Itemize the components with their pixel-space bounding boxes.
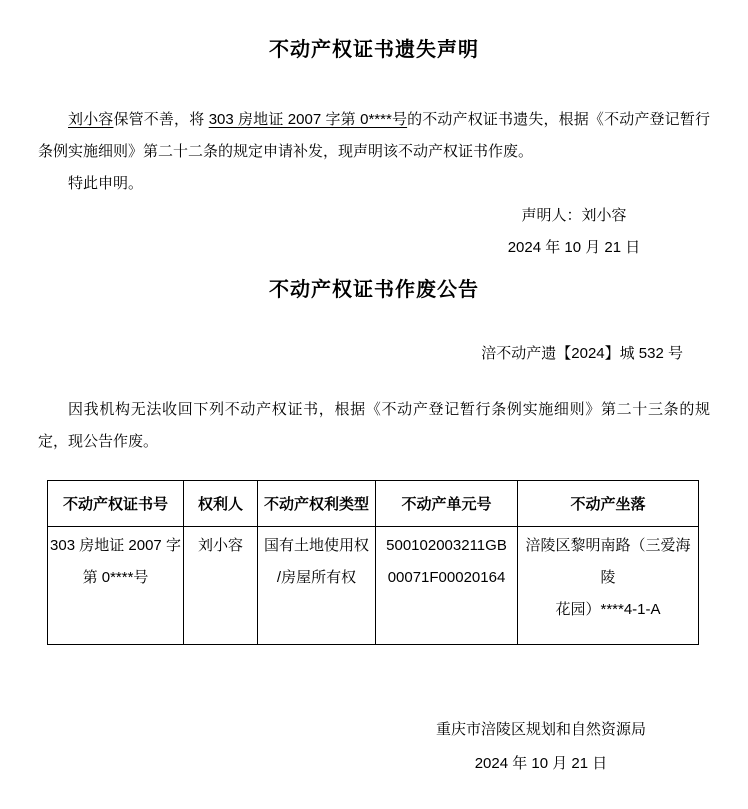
declaration-date: 2024 年 10 月 21 日 [438, 232, 710, 264]
location-line-2: 花园）****4-1-A [520, 594, 696, 626]
cell-right-type: 国有土地使用权 /房屋所有权 [258, 527, 376, 645]
announcement-date: 2024 年 10 月 21 日 [405, 747, 677, 781]
holder-line-1: 刘小容 [186, 530, 255, 562]
right-type-line-1: 国有土地使用权 [260, 530, 373, 562]
document-page: 不动产权证书遗失声明 刘小容保管不善，将 303 房地证 2007 字第 0**… [0, 0, 748, 809]
header-unit-no: 不动产单元号 [376, 481, 518, 527]
cert-no-line-1: 303 房地证 2007 字 [50, 530, 181, 562]
invalidation-paragraph: 因我机构无法收回下列不动产权证书，根据《不动产登记暂行条例实施细则》第二十三条的… [38, 394, 710, 458]
cell-location: 涪陵区黎明南路（三爱海陵 花园）****4-1-A [518, 527, 699, 645]
cert-no-line-2: 第 0****号 [50, 562, 181, 594]
issuer-block: 重庆市涪陵区规划和自然资源局 2024 年 10 月 21 日 [405, 713, 677, 781]
cell-cert-no: 303 房地证 2007 字 第 0****号 [48, 527, 184, 645]
cell-unit-no: 500102003211GB 00071F00020164 [376, 527, 518, 645]
issuer-name: 重庆市涪陵区规划和自然资源局 [405, 713, 677, 747]
unit-no-line-1: 500102003211GB [378, 530, 515, 562]
header-location: 不动产坐落 [518, 481, 699, 527]
table-row: 303 房地证 2007 字 第 0****号 刘小容 国有土地使用权 /房屋所… [48, 527, 699, 645]
table-header-row: 不动产权证书号 权利人 不动产权利类型 不动产单元号 不动产坐落 [48, 481, 699, 527]
right-type-line-2: /房屋所有权 [260, 562, 373, 594]
unit-no-line-2: 00071F00020164 [378, 562, 515, 594]
declarant-name: 刘小容 [68, 111, 113, 128]
certificate-table: 不动产权证书号 权利人 不动产权利类型 不动产单元号 不动产坐落 303 房地证… [47, 480, 699, 645]
signature-block: 声明人：刘小容 2024 年 10 月 21 日 [438, 200, 710, 264]
closing-statement: 特此申明。 [38, 168, 710, 200]
header-cert-no: 不动产权证书号 [48, 481, 184, 527]
header-right-type: 不动产权利类型 [258, 481, 376, 527]
loss-declaration-title: 不动产权证书遗失声明 [38, 36, 710, 64]
location-line-1: 涪陵区黎明南路（三爱海陵 [520, 530, 696, 594]
cell-holder: 刘小容 [184, 527, 258, 645]
signer-line: 声明人：刘小容 [438, 200, 710, 232]
loss-declaration-paragraph: 刘小容保管不善，将 303 房地证 2007 字第 0****号的不动产权证书遗… [38, 104, 710, 168]
invalidation-notice-title: 不动产权证书作废公告 [38, 276, 710, 304]
certificate-number-underlined: 303 房地证 2007 字第 0****号 [209, 111, 407, 128]
paragraph-middle-text: 保管不善，将 [113, 111, 208, 128]
document-number: 涪不动产遗【2024】城 532 号 [38, 338, 710, 370]
header-holder: 权利人 [184, 481, 258, 527]
